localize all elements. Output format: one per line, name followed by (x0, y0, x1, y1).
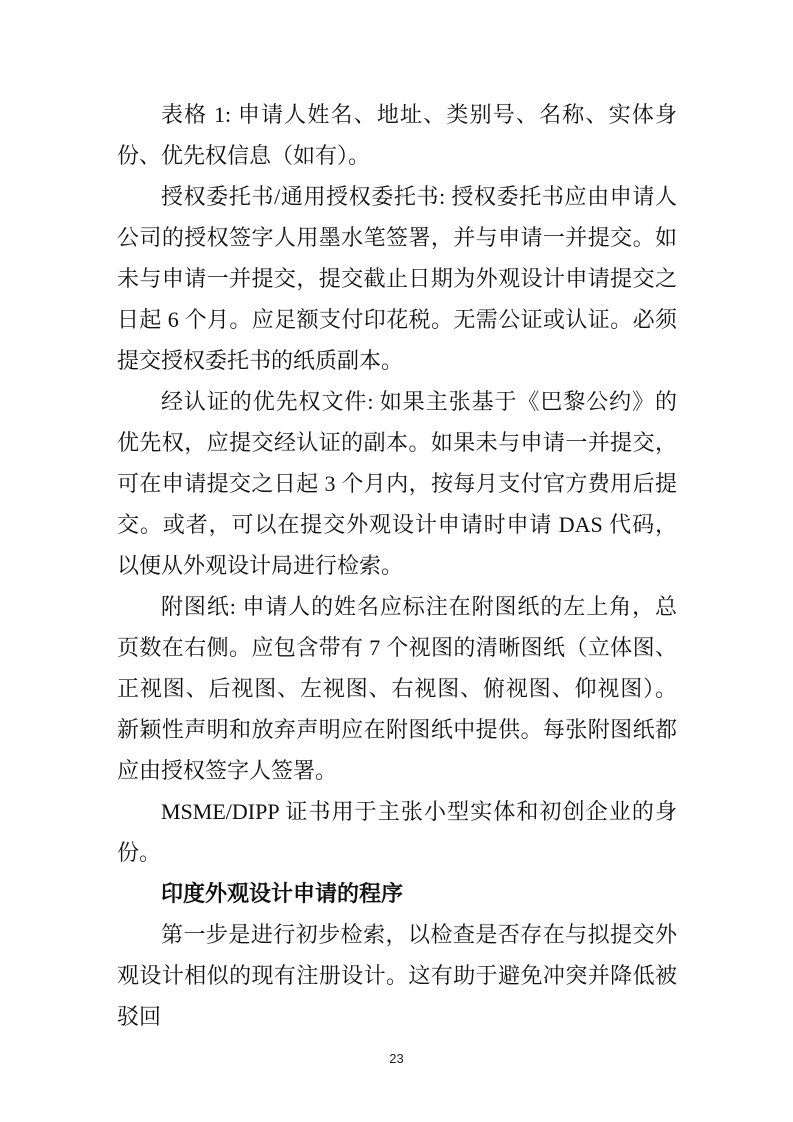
paragraph-power-of-attorney: 授权委托书/通用授权委托书: 授权委托书应由申请人公司的授权签字人用墨水笔签署，… (117, 176, 677, 381)
paragraph-drawings: 附图纸: 申请人的姓名应标注在附图纸的左上角，总页数在右侧。应包含带有 7 个视… (117, 586, 677, 791)
paragraph-form1-info: 表格 1: 申请人姓名、地址、类别号、名称、实体身份、优先权信息（如有）。 (117, 94, 677, 176)
document-page: 表格 1: 申请人姓名、地址、类别号、名称、实体身份、优先权信息（如有）。 授权… (0, 0, 793, 1122)
section-heading-india-design-procedure: 印度外观设计申请的程序 (117, 873, 677, 914)
paragraph-certified-priority-document: 经认证的优先权文件: 如果主张基于《巴黎公约》的优先权，应提交经认证的副本。如果… (117, 381, 677, 586)
paragraph-msme-dipp-certificate: MSME/DIPP 证书用于主张小型实体和初创企业的身份。 (117, 791, 677, 873)
page-body: 表格 1: 申请人姓名、地址、类别号、名称、实体身份、优先权信息（如有）。 授权… (117, 94, 677, 1037)
paragraph-preliminary-search: 第一步是进行初步检索，以检查是否存在与拟提交外观设计相似的现有注册设计。这有助于… (117, 914, 677, 1037)
page-number: 23 (0, 1051, 793, 1066)
